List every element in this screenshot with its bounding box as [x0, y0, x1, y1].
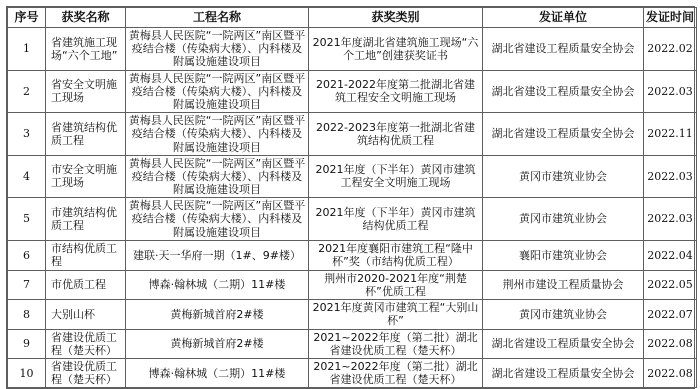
cell-award-name: 省建筑结构优质工程 — [46, 113, 126, 156]
table-row: 5 市建筑结构优质工程 黄梅县人民医院“一院两区”南区暨平疫结合楼（传染病大楼）… — [8, 198, 697, 241]
cell-award-category: 2021-2022年度第二批湖北省建筑工程安全文明施工现场 — [309, 70, 483, 113]
awards-table-grid: 序号 获奖名称 工程名称 获奖类别 发证单位 发证时间 1 省建筑施工现场“六个… — [7, 7, 697, 362]
cell-award-name: 市建筑结构优质工程 — [46, 198, 126, 241]
cell-project-name: 黄梅新城首府2#楼 — [126, 329, 309, 358]
cell-award-name: 省建筑施工现场“六个工地” — [46, 28, 126, 71]
cell-issue-date: 2022.04 — [644, 240, 697, 270]
cell-project-name: 黄梅县人民医院“一院两区”南区暨平疫结合楼（传染病大楼）、内科楼及附属设施建设项… — [126, 113, 309, 156]
table-row: 6 市结构优质工程 建联·天一华府一期（1#、9#楼） 2021年度襄阳市建筑工… — [8, 240, 697, 270]
cell-project-name: 博森·翰林城（二期）11#楼 — [126, 358, 309, 362]
cell-award-name: 省安全文明施工现场 — [46, 70, 126, 113]
table-row: 7 市优质工程 博森·翰林城（二期）11#楼 荆州市2020-2021年度“荆楚… — [8, 270, 697, 299]
table-row: 9 省建设优质工程（楚天杯） 黄梅新城首府2#楼 2021~2022年度（第二批… — [8, 329, 697, 358]
cell-no: 2 — [8, 70, 46, 113]
cell-award-category: 2021~2022年度（第二批）湖北省建设优质工程（楚天杯） — [309, 329, 483, 358]
table-row: 2 省安全文明施工现场 黄梅县人民医院“一院两区”南区暨平疫结合楼（传染病大楼）… — [8, 70, 697, 113]
cell-issuer: 黄冈市建筑业协会 — [483, 155, 644, 198]
cell-award-name: 省建设优质工程（楚天杯） — [46, 358, 126, 362]
header-award-name: 获奖名称 — [46, 8, 126, 28]
header-project-name: 工程名称 — [126, 8, 309, 28]
table-row: 4 市安全文明施工现场 黄梅县人民医院“一院两区”南区暨平疫结合楼（传染病大楼）… — [8, 155, 697, 198]
cell-project-name: 建联·天一华府一期（1#、9#楼） — [126, 240, 309, 270]
header-award-category: 获奖类别 — [309, 8, 483, 28]
cell-award-name: 市安全文明施工现场 — [46, 155, 126, 198]
cell-issue-date: 2022.07 — [644, 300, 697, 329]
cell-no: 5 — [8, 198, 46, 241]
cell-project-name: 黄梅县人民医院“一院两区”南区暨平疫结合楼（传染病大楼）、内科楼及附属设施建设项… — [126, 70, 309, 113]
cell-award-name: 市结构优质工程 — [46, 240, 126, 270]
cell-issue-date: 2022.03 — [644, 70, 697, 113]
awards-table: 序号 获奖名称 工程名称 获奖类别 发证单位 发证时间 1 省建筑施工现场“六个… — [6, 6, 695, 362]
cell-project-name: 黄梅新城首府2#楼 — [126, 300, 309, 329]
cell-project-name: 博森·翰林城（二期）11#楼 — [126, 270, 309, 299]
table-row: 3 省建筑结构优质工程 黄梅县人民医院“一院两区”南区暨平疫结合楼（传染病大楼）… — [8, 113, 697, 156]
table-row: 10 省建设优质工程（楚天杯） 博森·翰林城（二期）11#楼 2021~2022… — [8, 358, 697, 362]
cell-no: 8 — [8, 300, 46, 329]
cell-issue-date: 2022.03 — [644, 155, 697, 198]
cell-no: 4 — [8, 155, 46, 198]
header-issue-date: 发证时间 — [644, 8, 697, 28]
cell-award-name: 省建设优质工程（楚天杯） — [46, 329, 126, 358]
cell-issuer: 黄冈市建筑业协会 — [483, 198, 644, 241]
table-header-row: 序号 获奖名称 工程名称 获奖类别 发证单位 发证时间 — [8, 8, 697, 28]
cell-award-category: 2021年度湖北省建筑施工现场“六个工地”创建获奖证书 — [309, 28, 483, 71]
cell-issuer: 湖北省建设工程质量安全协会 — [483, 28, 644, 71]
cell-issue-date: 2022.08 — [644, 358, 697, 362]
cell-no: 1 — [8, 28, 46, 71]
table-row: 1 省建筑施工现场“六个工地” 黄梅县人民医院“一院两区”南区暨平疫结合楼（传染… — [8, 28, 697, 71]
cell-no: 7 — [8, 270, 46, 299]
cell-issuer: 黄冈市建筑业协会 — [483, 300, 644, 329]
cell-no: 6 — [8, 240, 46, 270]
cell-no: 10 — [8, 358, 46, 362]
cell-award-category: 2021年度（下半年）黄冈市建筑结构优质工程 — [309, 198, 483, 241]
cell-issue-date: 2022.11 — [644, 113, 697, 156]
cell-award-category: 2021年度（下半年）黄冈市建筑工程安全文明施工现场 — [309, 155, 483, 198]
cell-award-category: 2021~2022年度（第二批）湖北省建设优质工程（楚天杯） — [309, 358, 483, 362]
cell-issue-date: 2022.02 — [644, 28, 697, 71]
header-issuer: 发证单位 — [483, 8, 644, 28]
cell-no: 9 — [8, 329, 46, 358]
cell-award-category: 2022-2023年度第一批湖北省建筑结构优质工程 — [309, 113, 483, 156]
cell-issue-date: 2022.05 — [644, 270, 697, 299]
cell-issue-date: 2022.03 — [644, 198, 697, 241]
cell-project-name: 黄梅县人民医院“一院两区”南区暨平疫结合楼（传染病大楼）、内科楼及附属设施建设项… — [126, 198, 309, 241]
cell-award-category: 2021年度襄阳市建筑工程“隆中杯”奖（市结构优质工程） — [309, 240, 483, 270]
cell-issuer: 湖北省建设工程质量安全协会 — [483, 70, 644, 113]
cell-issuer: 荆州市建设工程质量协会 — [483, 270, 644, 299]
table-row: 8 大别山杯 黄梅新城首府2#楼 2021年度黄冈市建筑工程“大别山杯” 黄冈市… — [8, 300, 697, 329]
cell-issuer: 湖北省建设工程质量安全协会 — [483, 329, 644, 358]
cell-award-name: 大别山杯 — [46, 300, 126, 329]
cell-project-name: 黄梅县人民医院“一院两区”南区暨平疫结合楼（传染病大楼）、内科楼及附属设施建设项… — [126, 155, 309, 198]
cell-issuer: 湖北省建设工程质量安全协会 — [483, 113, 644, 156]
cell-no: 3 — [8, 113, 46, 156]
cell-award-category: 荆州市2020-2021年度“荆楚杯”优质工程 — [309, 270, 483, 299]
cell-project-name: 黄梅县人民医院“一院两区”南区暨平疫结合楼（传染病大楼）、内科楼及附属设施建设项… — [126, 28, 309, 71]
cell-issuer: 湖北省建设工程质量安全协会 — [483, 358, 644, 362]
cell-issuer: 襄阳市建筑业协会 — [483, 240, 644, 270]
cell-issue-date: 2022.08 — [644, 329, 697, 358]
header-no: 序号 — [8, 8, 46, 28]
cell-award-name: 市优质工程 — [46, 270, 126, 299]
cell-award-category: 2021年度黄冈市建筑工程“大别山杯” — [309, 300, 483, 329]
